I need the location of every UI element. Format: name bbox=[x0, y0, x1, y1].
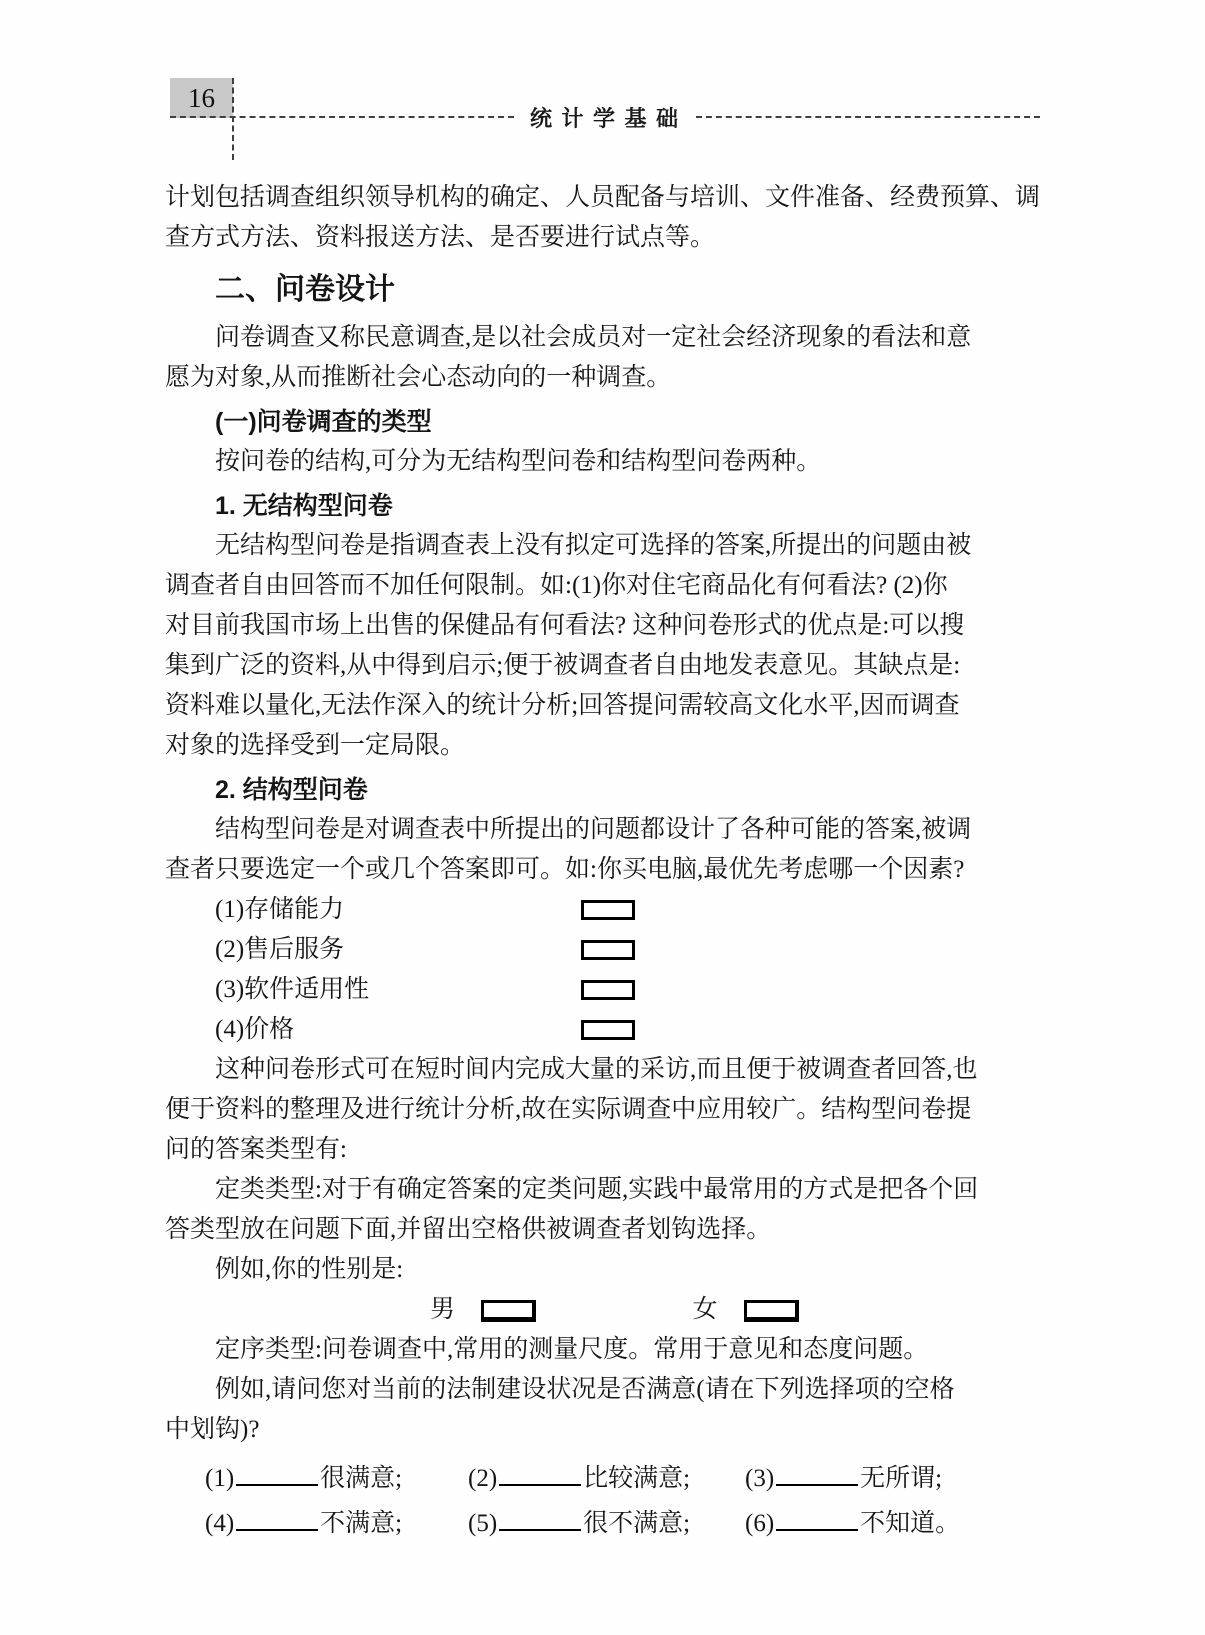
computer-option-label: (3)软件适用性 bbox=[215, 976, 369, 1003]
answer-blank bbox=[776, 1503, 858, 1531]
book-title: 统 计 学 基 础 bbox=[530, 102, 680, 133]
para-unstructured-line: 对目前我国市场上出售的保健品有何看法? 这种问卷形式的优点是:可以搜 bbox=[165, 606, 1045, 646]
option-label: 不知道。 bbox=[860, 1504, 960, 1544]
computer-option-label: (4)价格 bbox=[215, 1016, 294, 1043]
answer-checkbox bbox=[744, 1300, 799, 1322]
subheading-structured: 2. 结构型问卷 bbox=[165, 770, 1045, 810]
para-advantages-line: 这种问卷形式可在短时间内完成大量的采访,而且便于被调查者回答,也 bbox=[165, 1050, 1045, 1090]
option-label: 比较满意; bbox=[583, 1459, 690, 1499]
gender-option-female: 女 bbox=[693, 1296, 718, 1323]
para-unstructured-line: 对象的选择受到一定局限。 bbox=[165, 726, 1045, 766]
para-unstructured-line: 调查者自由回答而不加任何限制。如:(1)你对住宅商品化有何看法? (2)你 bbox=[165, 566, 1045, 606]
para-nominal-line: 定类类型:对于有确定答案的定类问题,实践中最常用的方式是把各个回 bbox=[165, 1170, 1045, 1210]
option-label: 很满意; bbox=[320, 1459, 402, 1499]
option-label: 不满意; bbox=[320, 1504, 402, 1544]
textbook-page: 16 统 计 学 基 础 计划包括调查组织领导机构的确定、人员配备与培训、文件准… bbox=[0, 0, 1205, 1635]
answer-blank bbox=[236, 1458, 318, 1486]
para-intro-line: 问卷调查又称民意调查,是以社会成员对一定社会经济现象的看法和意 bbox=[165, 318, 1045, 358]
para-intro-line: 愿为对象,从而推断社会心态动向的一种调查。 bbox=[165, 358, 1045, 398]
satisfaction-option: (4) 不满意; bbox=[205, 1503, 402, 1544]
para-plan-line: 计划包括调查组织领导机构的确定、人员配备与培训、文件准备、经费预算、调 bbox=[165, 178, 1045, 218]
computer-option-row: (2)售后服务 bbox=[165, 930, 1045, 970]
answer-checkbox bbox=[581, 900, 635, 920]
option-number: (3) bbox=[745, 1459, 774, 1499]
para-law-example-line: 例如,请问您对当前的法制建设状况是否满意(请在下列选择项的空格 bbox=[165, 1370, 1045, 1410]
option-label: 无所谓; bbox=[860, 1459, 942, 1499]
answer-checkbox bbox=[581, 1020, 635, 1040]
option-number: (4) bbox=[205, 1504, 234, 1544]
para-unstructured-line: 资料难以量化,无法作深入的统计分析;回答提问需较高文化水平,因而调查 bbox=[165, 686, 1045, 726]
computer-option-row: (3)软件适用性 bbox=[165, 970, 1045, 1010]
computer-option-row: (1)存储能力 bbox=[165, 890, 1045, 930]
para-unstructured-line: 集到广泛的资料,从中得到启示;便于被调查者自由地发表意见。其缺点是: bbox=[165, 646, 1045, 686]
para-ordinal-line: 定序类型:问卷调查中,常用的测量尺度。常用于意见和态度问题。 bbox=[165, 1330, 1045, 1370]
satisfaction-option: (1) 很满意; bbox=[205, 1458, 402, 1499]
subheading-questionnaire-types: (一)问卷调查的类型 bbox=[165, 402, 1045, 442]
para-law-example-line: 中划钩)? bbox=[165, 1410, 1045, 1450]
section-heading-questionnaire-design: 二、问卷设计 bbox=[165, 270, 1045, 310]
para-advantages-line: 便于资料的整理及进行统计分析,故在实际调查中应用较广。结构型问卷提 bbox=[165, 1090, 1045, 1130]
gender-option-row: 男 女 bbox=[165, 1290, 1045, 1330]
para-advantages-line: 问的答案类型有: bbox=[165, 1130, 1045, 1170]
answer-blank bbox=[776, 1458, 858, 1486]
answer-blank bbox=[499, 1503, 581, 1531]
answer-checkbox bbox=[581, 980, 635, 1000]
page-body: 计划包括调查组织领导机构的确定、人员配备与培训、文件准备、经费预算、调 查方式方… bbox=[165, 178, 1045, 1548]
page-header: 统 计 学 基 础 bbox=[170, 101, 1040, 133]
option-number: (1) bbox=[205, 1459, 234, 1499]
option-number: (5) bbox=[468, 1504, 497, 1544]
answer-checkbox bbox=[581, 940, 635, 960]
computer-option-row: (4)价格 bbox=[165, 1010, 1045, 1050]
satisfaction-option-row: (1) 很满意; (2) 比较满意; (3) 无所谓; bbox=[165, 1458, 1045, 1503]
option-label: 很不满意; bbox=[583, 1504, 690, 1544]
satisfaction-option: (3) 无所谓; bbox=[745, 1458, 942, 1499]
para-plan-line: 查方式方法、资料报送方法、是否要进行试点等。 bbox=[165, 218, 1045, 258]
answer-checkbox bbox=[481, 1300, 536, 1322]
gender-option-male: 男 bbox=[430, 1296, 455, 1323]
subheading-unstructured: 1. 无结构型问卷 bbox=[165, 486, 1045, 526]
satisfaction-option: (5) 很不满意; bbox=[468, 1503, 690, 1544]
satisfaction-option: (6) 不知道。 bbox=[745, 1503, 960, 1544]
para-structured-line: 结构型问卷是对调查表中所提出的问题都设计了各种可能的答案,被调 bbox=[165, 810, 1045, 850]
answer-blank bbox=[499, 1458, 581, 1486]
para-structured-line: 查者只要选定一个或几个答案即可。如:你买电脑,最优先考虑哪一个因素? bbox=[165, 850, 1045, 890]
satisfaction-option-row: (4) 不满意; (5) 很不满意; (6) 不知道。 bbox=[165, 1503, 1045, 1548]
para-types-line: 按问卷的结构,可分为无结构型问卷和结构型问卷两种。 bbox=[165, 442, 1045, 482]
option-number: (6) bbox=[745, 1504, 774, 1544]
para-gender-example: 例如,你的性别是: bbox=[165, 1250, 1045, 1290]
computer-option-label: (2)售后服务 bbox=[215, 936, 344, 963]
para-unstructured-line: 无结构型问卷是指调查表上没有拟定可选择的答案,所提出的问题由被 bbox=[165, 526, 1045, 566]
option-number: (2) bbox=[468, 1459, 497, 1499]
header-dash-left bbox=[170, 116, 514, 118]
satisfaction-option: (2) 比较满意; bbox=[468, 1458, 690, 1499]
para-nominal-line: 答类型放在问题下面,并留出空格供被调查者划钩选择。 bbox=[165, 1210, 1045, 1250]
header-dash-right bbox=[696, 116, 1040, 118]
computer-option-label: (1)存储能力 bbox=[215, 896, 344, 923]
answer-blank bbox=[236, 1503, 318, 1531]
